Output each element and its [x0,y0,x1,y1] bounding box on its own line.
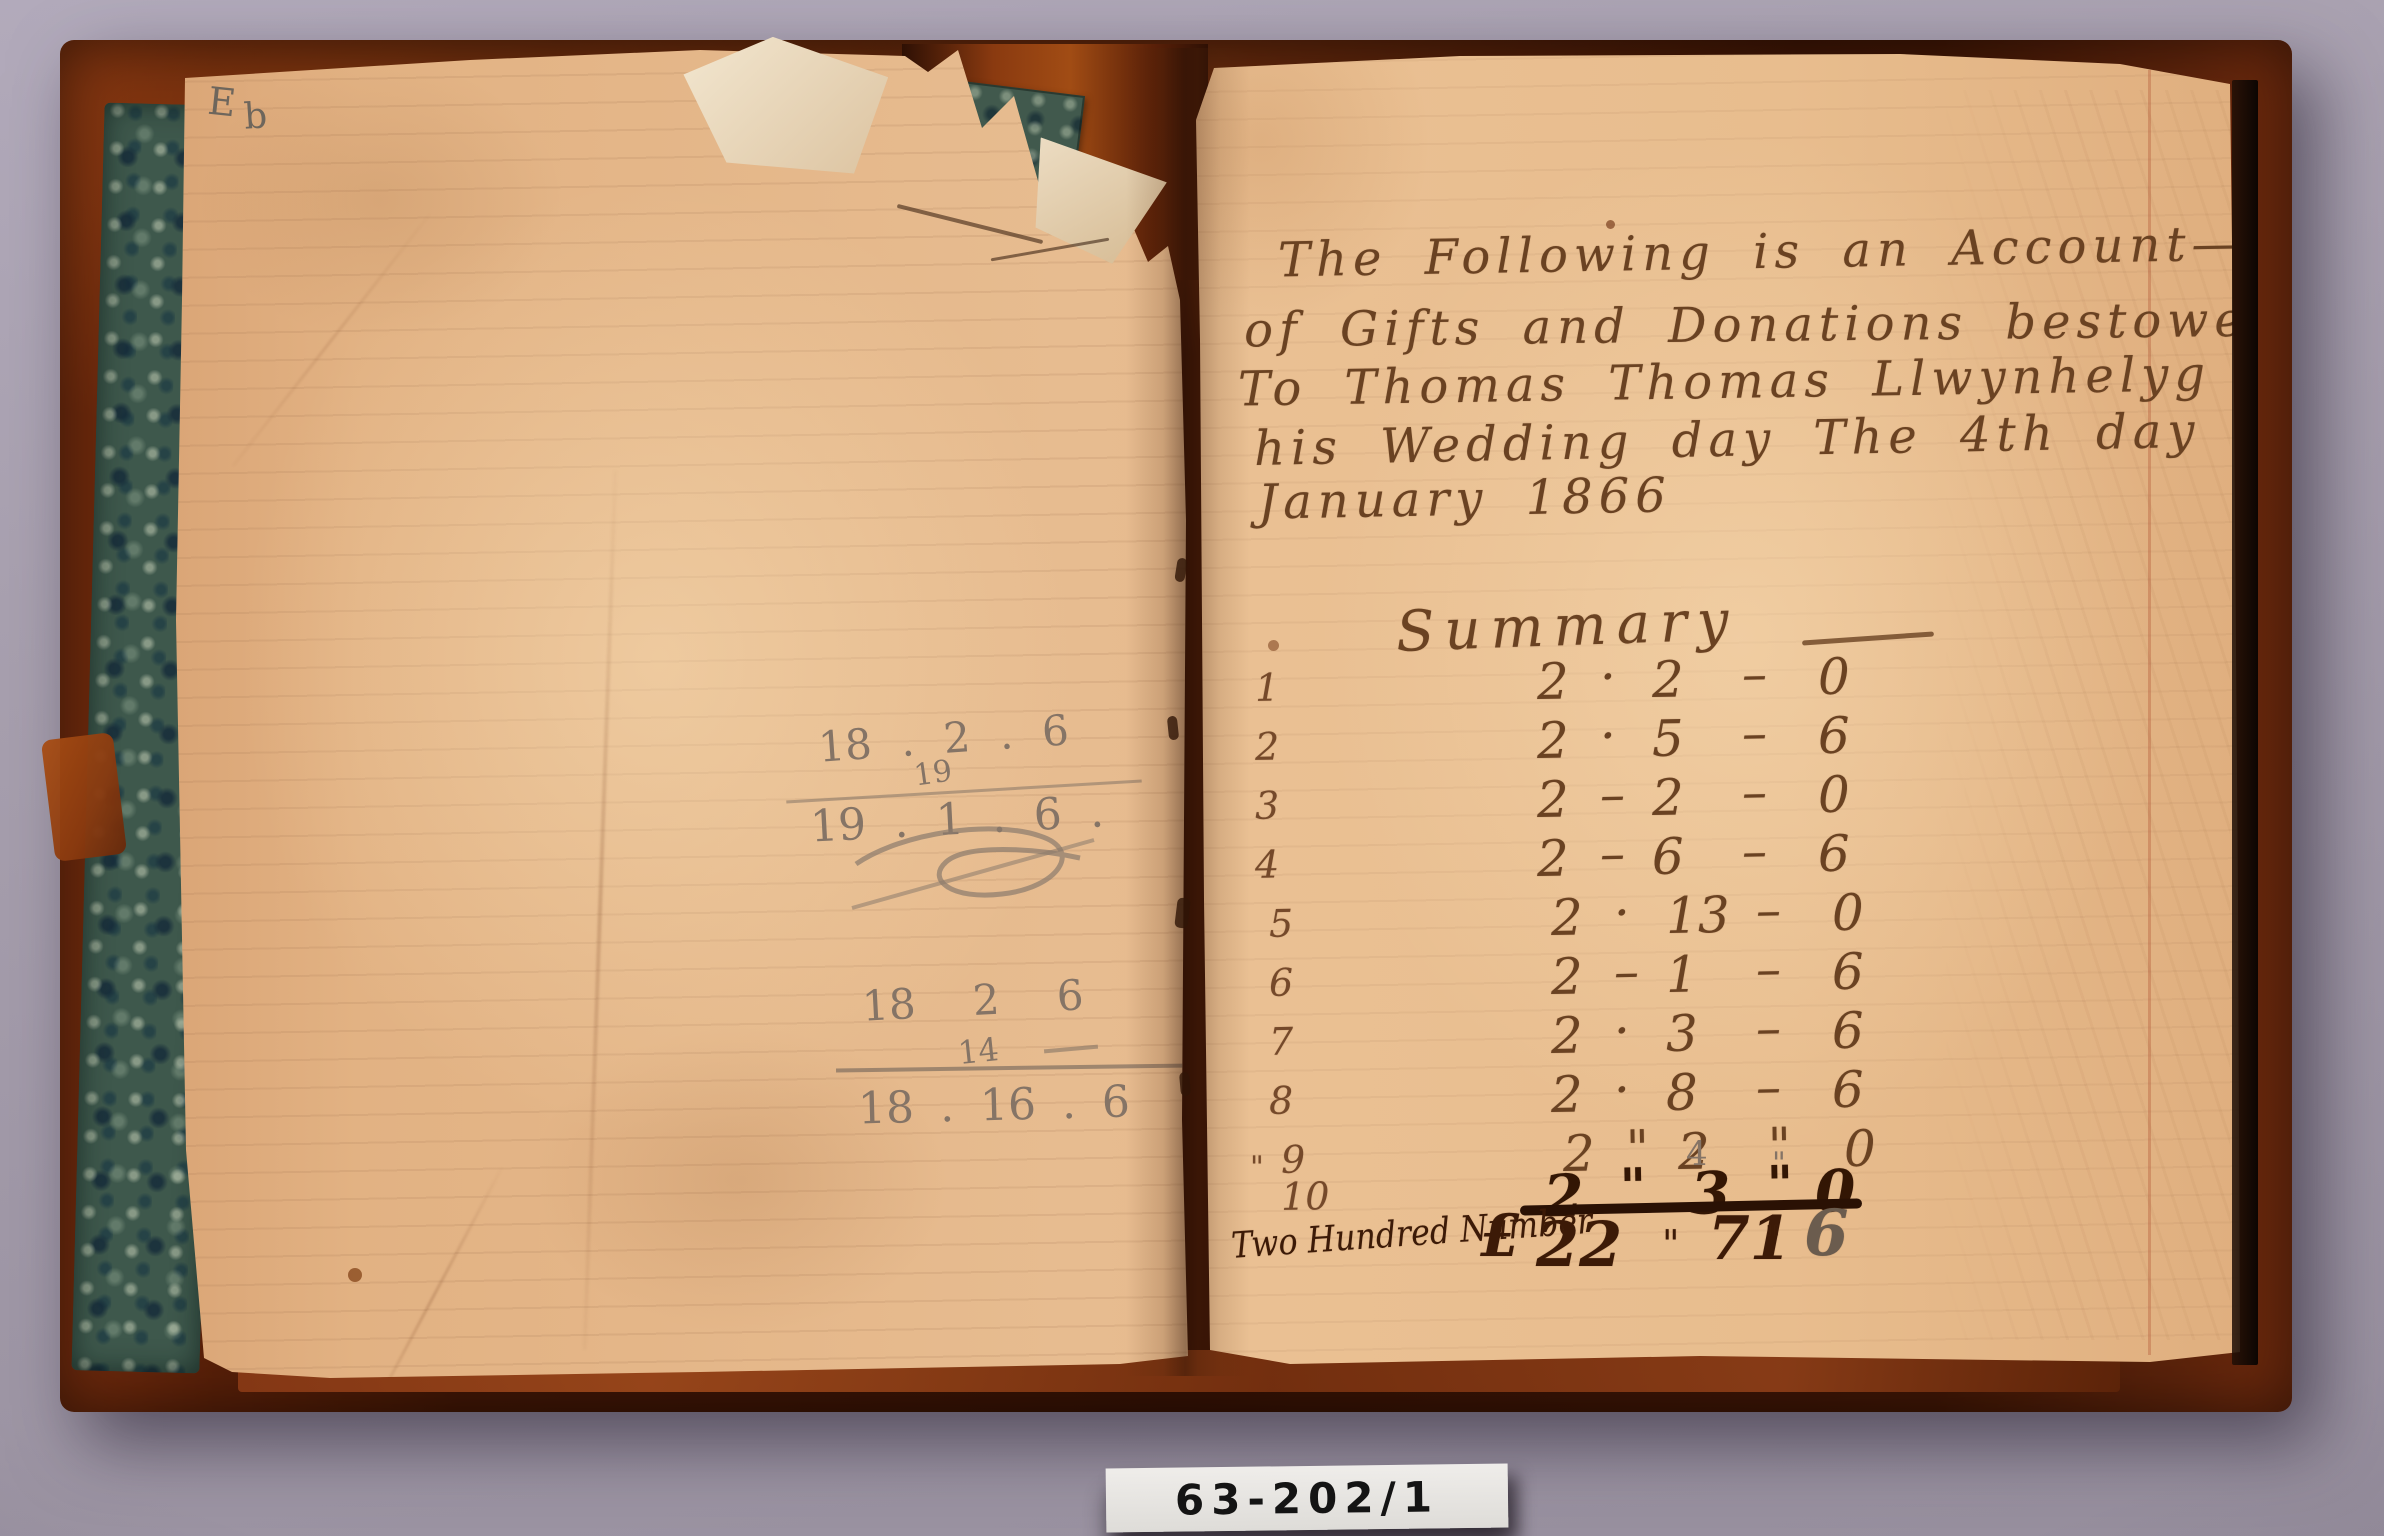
row-number: 3 [1255,784,1280,828]
pencil-corner-mark: E [206,79,238,126]
pounds-value: 2 [1550,888,1583,947]
pencil-underline [1044,1045,1098,1054]
row-number: 1 [1255,666,1280,710]
pencil-ditto-mark: " [1772,1146,1786,1181]
pence-value: 0 [1831,884,1864,943]
pounds-value: 2 [1536,652,1569,711]
pencil-note: 4 [1686,1134,1708,1174]
page-crease [232,213,431,467]
pounds-value: 2 [1536,711,1569,770]
pounds-value: 2 [1550,1006,1583,1065]
ink-bleedthrough [1940,90,2230,1340]
separator-mark: – [1741,822,1767,880]
page-crease [583,470,618,1350]
shillings-value: 2 [1651,650,1684,709]
summary-rows: 12·2–022·5–632–2–042–6–652·13–062–1–672·… [1255,652,1935,1272]
shillings-value: 8 [1665,1063,1698,1122]
total-pounds: 22 [1536,1208,1622,1281]
pencil-calc-bottom-result: 18 . 16 . 6 [857,1076,1130,1134]
pounds-value: 2 [1550,1065,1583,1124]
row-number: 5 [1269,902,1294,946]
separator-mark: · [1599,707,1616,765]
catalog-label: 63-202/1 [1106,1464,1509,1533]
pencil-calc-top-carry: 19 [912,754,955,794]
row-number: 6 [1269,961,1294,1005]
pounds-value: 2 [1550,947,1583,1006]
row-number: 10 [1281,1174,1330,1219]
shillings-value: 2 [1651,768,1684,827]
row-number: 8 [1269,1079,1294,1123]
leather-tear-patch [41,732,127,862]
ink-spot [348,1268,362,1282]
shillings-value: 3 [1665,1004,1698,1063]
pence-value: 0 [1817,648,1850,707]
pence-value: 6 [1831,943,1864,1002]
shillings-value: 1 [1665,945,1698,1004]
heading-line: January 1866 [1258,467,1673,530]
separator-mark: – [1741,763,1767,821]
shillings-value: 13 [1665,886,1730,945]
separator-mark: – [1741,645,1767,703]
pence-value: 0 [1817,766,1850,825]
pounds-value: 2 [1536,770,1569,829]
catalog-number: 63-202/1 [1175,1472,1440,1524]
total-pence: 6 [1804,1196,1849,1271]
pence-value: 6 [1817,825,1850,884]
row-number: 4 [1255,843,1280,887]
separator-mark: – [1741,704,1767,762]
currency-symbol: £ [1480,1202,1520,1270]
separator-mark: · [1599,648,1616,706]
ditto-mark: " [1764,1218,1781,1262]
separator-mark: – [1755,999,1781,1057]
row-number: 2 [1255,725,1280,769]
gutter-shadow [1126,48,1250,1376]
pounds-value: 2 [1536,829,1569,888]
separator-mark: – [1613,942,1639,1000]
separator-mark: – [1599,824,1625,882]
separator-mark: – [1599,765,1625,823]
pence-value: 6 [1831,1061,1864,1120]
pencil-calc-bottom-line: 18 2 6 [861,970,1085,1031]
shillings-value: 5 [1651,709,1684,768]
page-edge-stack [2232,80,2258,1365]
row-number: 7 [1269,1020,1294,1064]
ink-spot [1268,640,1279,651]
separator-mark: – [1755,940,1781,998]
ditto-mark: " [1662,1222,1679,1266]
separator-mark: · [1613,1002,1630,1060]
separator-mark: · [1613,1061,1630,1119]
row-label-ditto-mark: " [1250,1150,1264,1185]
pence-value: 6 [1831,1002,1864,1061]
separator-mark: – [1755,1058,1781,1116]
separator-mark: – [1755,881,1781,939]
pencil-corner-mark: b [243,95,269,138]
binding-stitch [1179,1072,1191,1097]
shillings-value: 6 [1651,827,1684,886]
pence-value: 6 [1817,707,1850,766]
photo-scene: E b 18 . 2 . 6 19 19 . 1 . 6 . 18 2 6 14… [0,0,2384,1536]
summary-title-dash [1802,631,1934,645]
pencil-scribble [842,812,1142,912]
separator-mark: · [1613,884,1630,942]
